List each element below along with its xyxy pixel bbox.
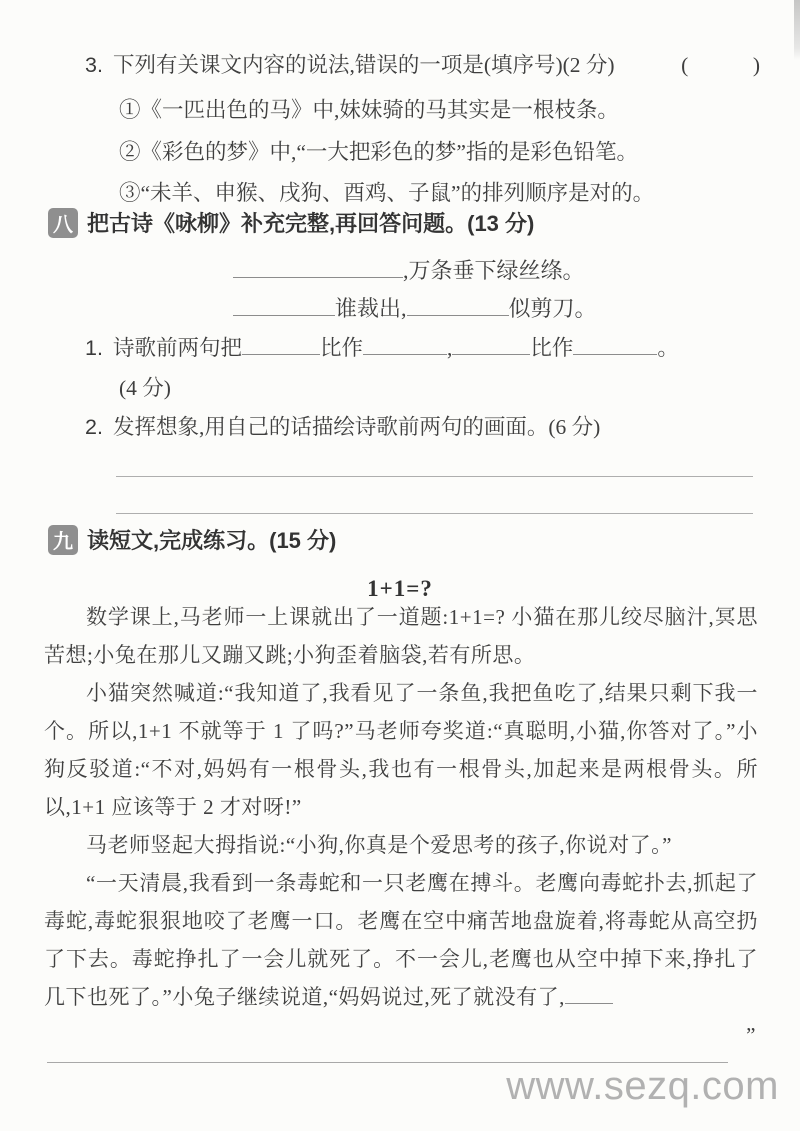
test-paper-page: 3.下列有关课文内容的说法,错误的一项是(填序号)(2 分) ( ) ①《一匹出… <box>0 0 800 1131</box>
section-8-title: 把古诗《咏柳》补充完整,再回答问题。(13 分) <box>87 207 534 238</box>
fill-blank <box>407 295 509 316</box>
section-9-header: 九 读短文,完成练习。(15 分) <box>48 524 336 555</box>
question-3-options: ①《一匹出色的马》中,妹妹骑的马其实是一根枝条。 ②《彩色的梦》中,“一大把彩色… <box>119 90 654 215</box>
question-1-score: (4 分) <box>119 371 171 402</box>
fill-blank <box>233 295 335 316</box>
fill-blank <box>363 335 447 355</box>
poem-line-2-mid: 谁裁出, <box>335 296 407 321</box>
q1-compare-2: 比作 <box>530 336 573 360</box>
answer-line <box>116 513 753 514</box>
option-2: ②《彩色的梦》中,“一大把彩色的梦”指的是彩色铅笔。 <box>119 132 654 174</box>
question-3-text: 3.下列有关课文内容的说法,错误的一项是(填序号)(2 分) <box>85 50 615 80</box>
section-8-badge: 八 <box>48 208 78 238</box>
answer-bracket: ( ) <box>681 50 760 80</box>
question-number: 3. <box>85 53 103 77</box>
passage-paragraph: 小猫突然喊道:“我知道了,我看见了一条鱼,我把鱼吃了,结果只剩下我一个。所以,1… <box>44 674 758 826</box>
question-number: 1. <box>85 336 103 360</box>
question-number: 2. <box>85 415 103 439</box>
section-8-header: 八 把古诗《咏柳》补充完整,再回答问题。(13 分) <box>48 207 534 238</box>
poem-block: ,万条垂下绿丝绦。 谁裁出,似剪刀。 <box>233 252 597 328</box>
q1-compare-1: 比作 <box>320 336 363 360</box>
section-9-badge: 九 <box>48 525 78 555</box>
option-1: ①《一匹出色的马》中,妹妹骑的马其实是一根枝条。 <box>119 90 654 132</box>
answer-line <box>116 476 753 477</box>
watermark: www.sezq.com <box>506 1064 779 1109</box>
q1-period: 。 <box>657 336 679 360</box>
q1-lead: 诗歌前两句把 <box>113 336 242 360</box>
section-9-title: 读短文,完成练习。(15 分) <box>87 524 336 555</box>
fill-blank <box>565 984 613 1004</box>
footer-divider <box>47 1062 728 1063</box>
question-prompt: 下列有关课文内容的说法,错误的一项是(填序号)(2 分) <box>113 53 615 77</box>
poem-line-1: ,万条垂下绿丝绦。 <box>233 252 597 290</box>
fill-blank <box>452 335 530 355</box>
question-3: 3.下列有关课文内容的说法,错误的一项是(填序号)(2 分) ( ) <box>85 50 760 80</box>
passage-paragraph: 数学课上,马老师一上课就出了一道题:1+1=? 小猫在那儿绞尽脑汁,冥思苦想;小… <box>44 598 758 674</box>
section-8-question-1: 1.诗歌前两句把比作,比作。 <box>85 333 679 363</box>
poem-line-2: 谁裁出,似剪刀。 <box>233 290 597 328</box>
passage-paragraph: 马老师竖起大拇指说:“小狗,你真是个爱思考的孩子,你说对了。” <box>44 826 758 864</box>
scan-artifact <box>794 0 800 60</box>
section-8-question-2: 2.发挥想象,用自己的话描绘诗歌前两句的画面。(6 分) <box>85 410 600 441</box>
fill-blank <box>233 257 403 278</box>
reading-passage: 数学课上,马老师一上课就出了一道题:1+1=? 小猫在那儿绞尽脑汁,冥思苦想;小… <box>44 598 758 1054</box>
poem-line-1-text: ,万条垂下绿丝绦。 <box>403 258 585 283</box>
passage-paragraph: “一天清晨,我看到一条毒蛇和一只老鹰在搏斗。老鹰向毒蛇扑去,抓起了毒蛇,毒蛇狠狠… <box>44 864 758 1016</box>
fill-blank <box>242 335 320 355</box>
paragraph-4-text: “一天清晨,我看到一条毒蛇和一只老鹰在搏斗。老鹰向毒蛇扑去,抓起了毒蛇,毒蛇狠狠… <box>44 871 758 1009</box>
q2-text: 发挥想象,用自己的话描绘诗歌前两句的画面。(6 分) <box>113 415 600 439</box>
fill-blank <box>573 335 657 355</box>
closing-quote: ” <box>44 1016 758 1054</box>
poem-line-2-end: 似剪刀。 <box>509 296 597 321</box>
